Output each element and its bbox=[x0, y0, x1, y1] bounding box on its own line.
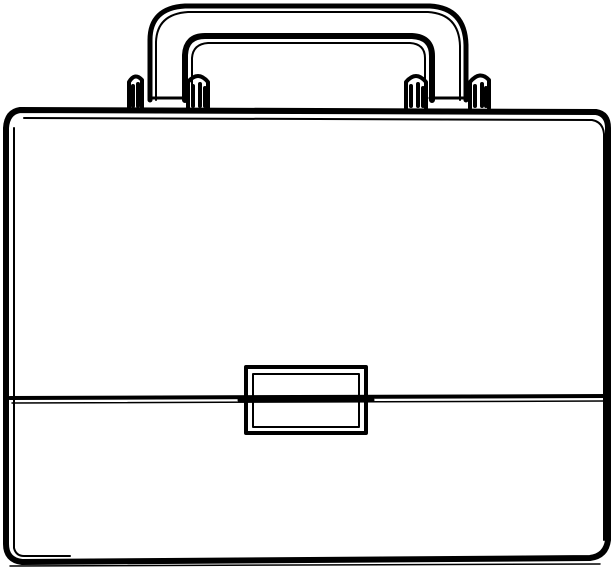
briefcase-illustration bbox=[0, 0, 612, 569]
case-body bbox=[6, 110, 608, 566]
lock-icon bbox=[240, 367, 372, 433]
